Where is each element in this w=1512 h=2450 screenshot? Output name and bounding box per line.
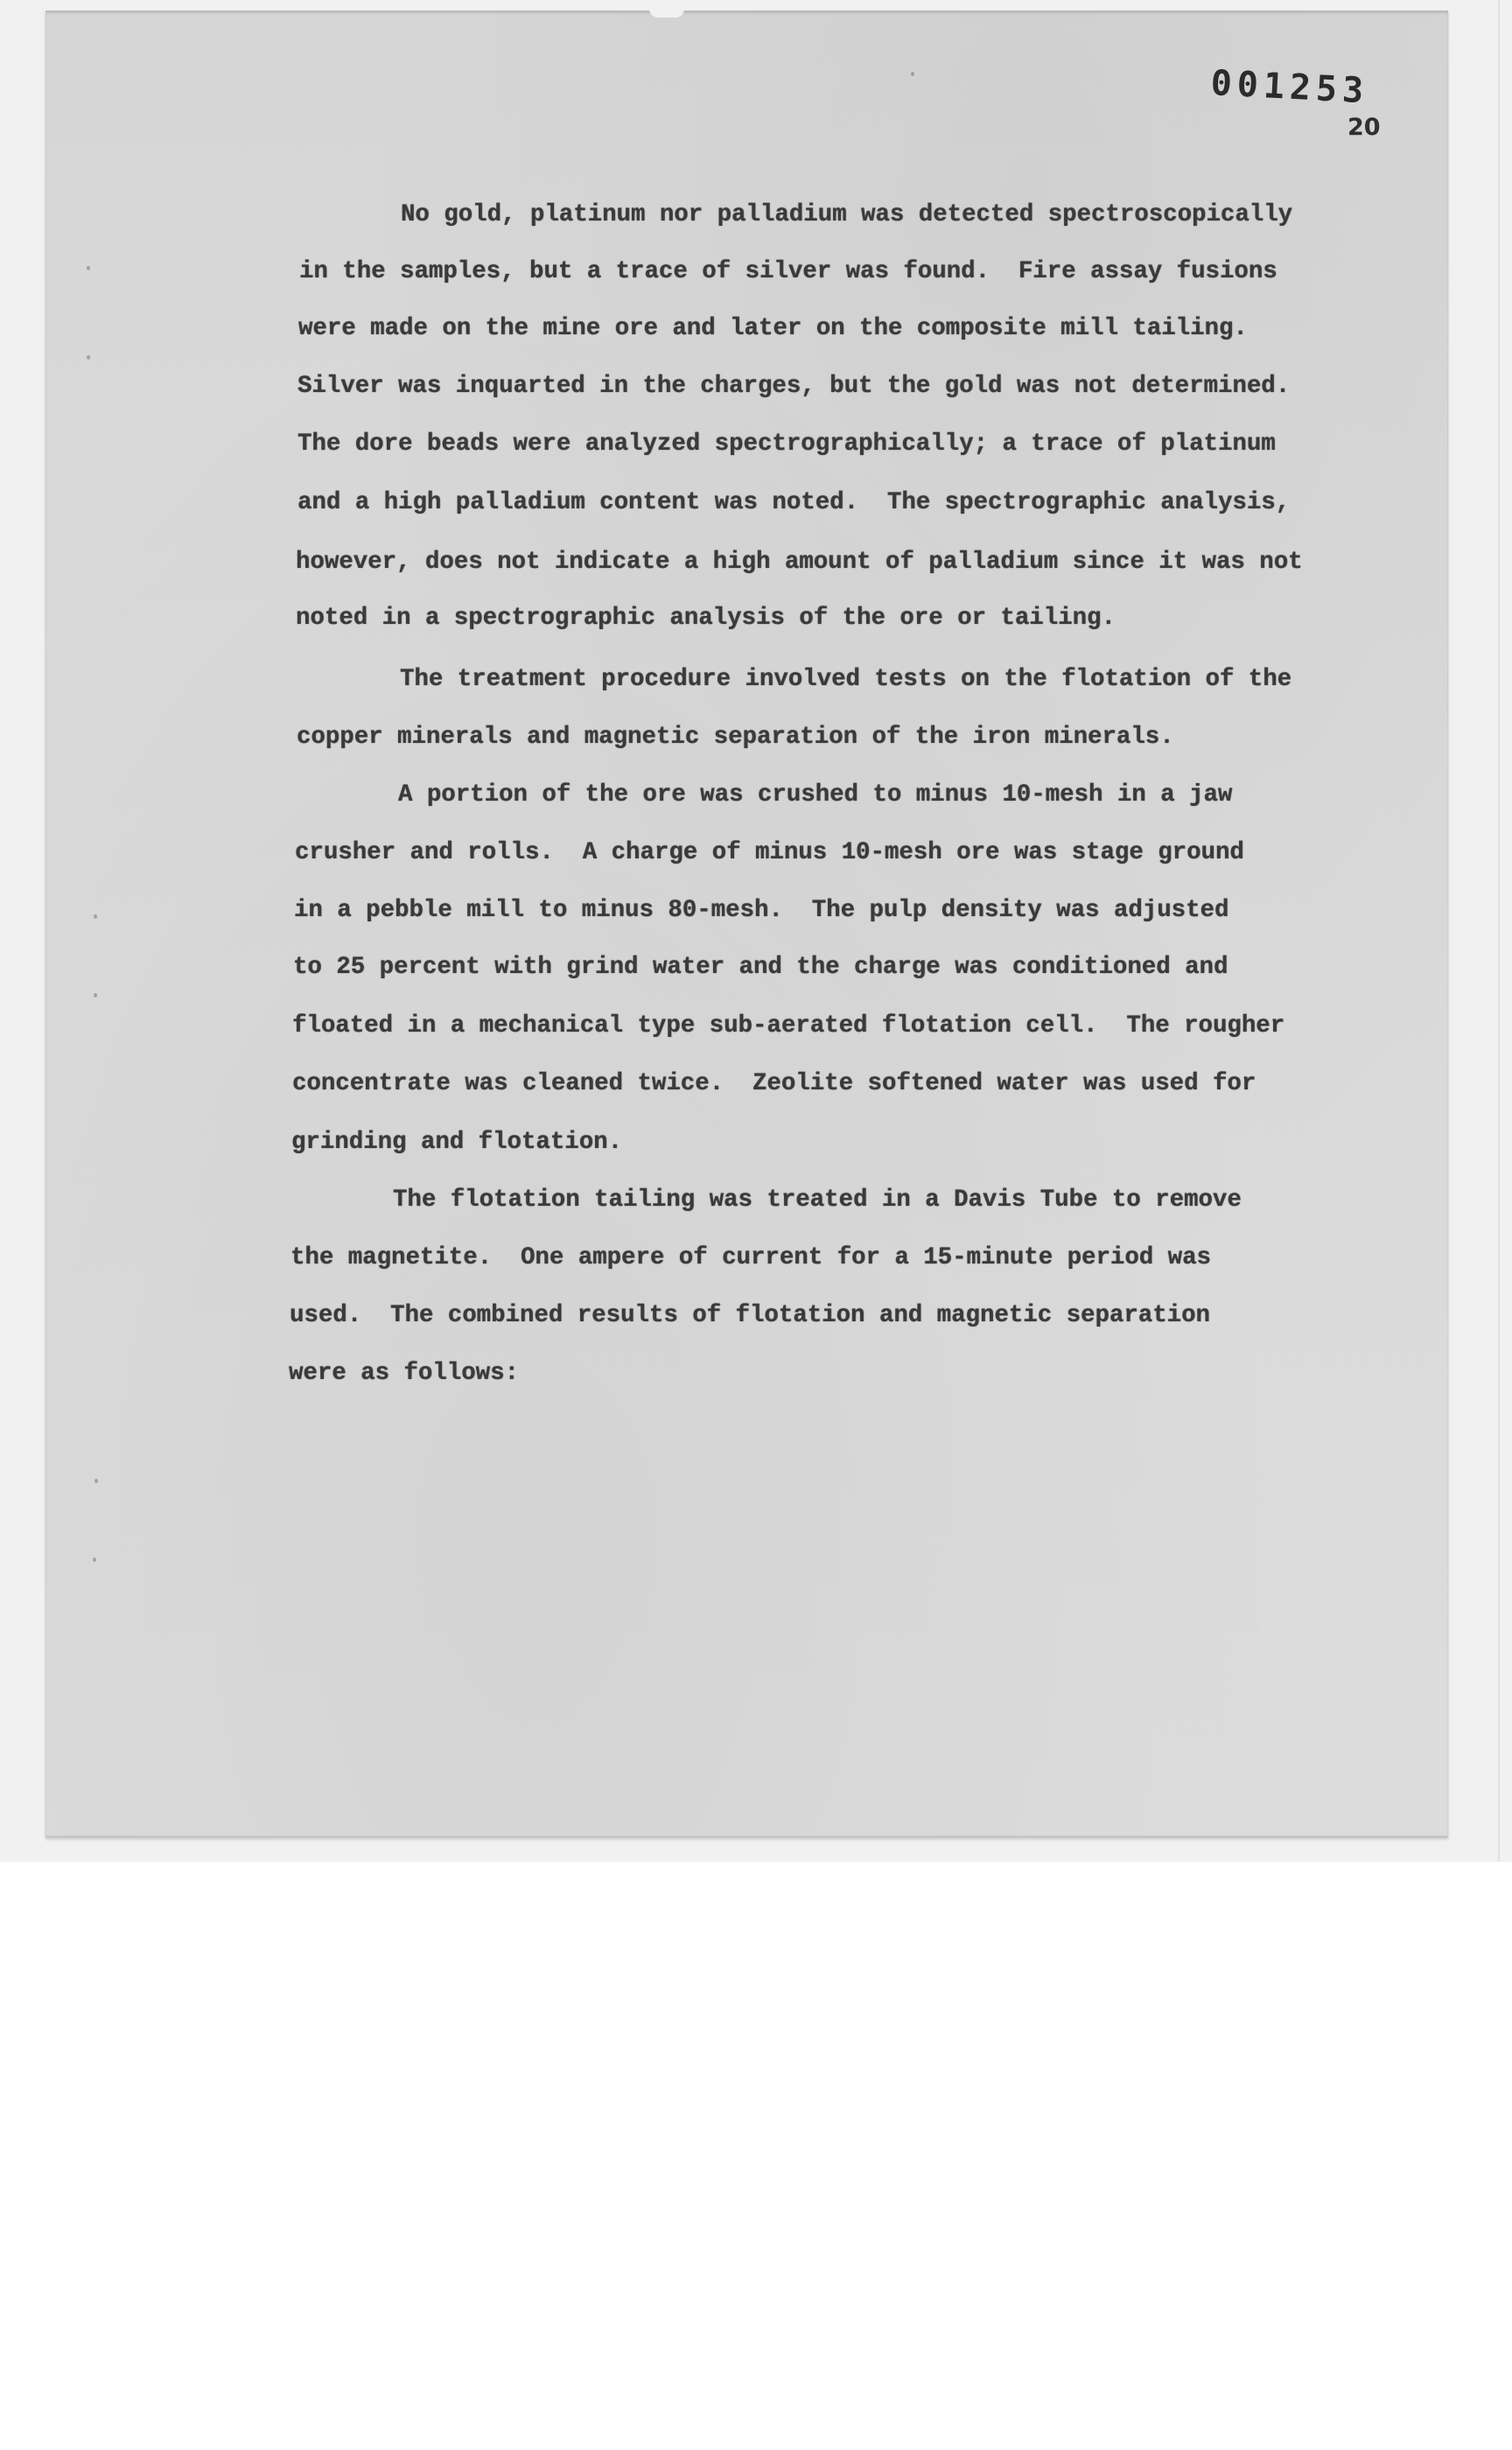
paper-speck	[94, 993, 97, 997]
text-line: floated in a mechanical type sub-aerated…	[292, 1014, 1284, 1038]
text-line: used. The combined results of flotation …	[290, 1304, 1210, 1327]
text-line: in a pebble mill to minus 80-mesh. The p…	[294, 899, 1228, 922]
paper-speck	[94, 914, 97, 919]
paper-tear	[649, 9, 684, 17]
text-line: to 25 percent with grind water and the c…	[293, 955, 1228, 979]
text-line: noted in a spectrographic analysis of th…	[296, 606, 1116, 630]
scan-edge-line	[1498, 0, 1500, 1862]
paper-speck	[94, 1479, 98, 1483]
text-line: grinding and flotation.	[291, 1130, 622, 1154]
paper-speck	[87, 355, 90, 360]
paper-speck	[87, 266, 90, 270]
text-line: copper minerals and magnetic separation …	[297, 725, 1174, 749]
text-line: The treatment procedure involved tests o…	[400, 668, 1291, 691]
document-stamp-number: 001253	[1210, 63, 1370, 111]
text-line: crusher and rolls. A charge of minus 10-…	[295, 841, 1244, 864]
text-line: however, does not indicate a high amount…	[296, 550, 1303, 574]
page-number: 20	[1347, 114, 1381, 141]
text-line: No gold, platinum nor palladium was dete…	[401, 203, 1292, 227]
text-line: were as follows:	[289, 1361, 519, 1385]
text-line: were made on the mine ore and later on t…	[298, 317, 1248, 340]
text-line: A portion of the ore was crushed to minu…	[398, 783, 1232, 807]
text-line: concentrate was cleaned twice. Zeolite s…	[292, 1072, 1256, 1095]
text-line: and a high palladium content was noted. …	[297, 491, 1290, 514]
text-line: in the samples, but a trace of silver wa…	[299, 260, 1277, 283]
paper-speck	[911, 72, 914, 76]
text-line: the magnetite. One ampere of current for…	[290, 1246, 1211, 1270]
text-line: The dore beads were analyzed spectrograp…	[297, 432, 1276, 456]
text-line: Silver was inquarted in the charges, but…	[297, 374, 1290, 398]
paper-speck	[93, 1557, 96, 1562]
text-line: The flotation tailing was treated in a D…	[393, 1188, 1242, 1212]
